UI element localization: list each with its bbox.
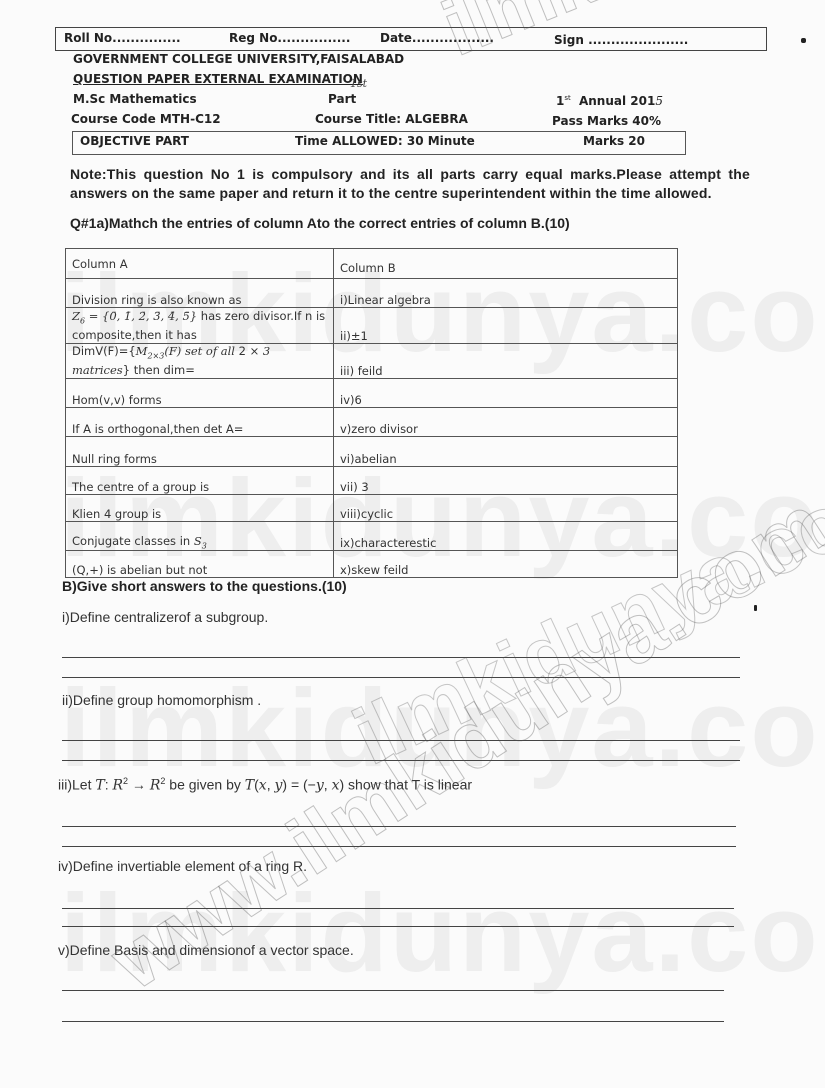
- column-b-cell: x)skew feild: [334, 551, 678, 578]
- table-header-row: Column A Column B: [66, 249, 678, 279]
- date-field: Date..................: [380, 31, 494, 45]
- column-a-cell: Klien 4 group is: [66, 495, 334, 522]
- short-question-3: iii)Let T: R2 → R2 be given by T(x, y) =…: [58, 776, 472, 794]
- column-b-cell: ii)±1: [334, 308, 678, 344]
- table-row: DimV(F)={M2×3(F) set of all 2 × 3 matric…: [66, 344, 678, 379]
- column-b-cell: i)Linear algebra: [334, 279, 678, 308]
- objective-label: OBJECTIVE PART: [80, 134, 189, 148]
- watermark-faint-3: ilmkidunya.com: [60, 665, 825, 792]
- sign-field: Sign ......................: [554, 33, 688, 47]
- answer-line[interactable]: [62, 926, 734, 927]
- part-handwritten: 1st: [350, 77, 367, 90]
- table-row: Conjugate classes in S3 ix)characteresti…: [66, 522, 678, 551]
- scan-speck: [754, 605, 757, 611]
- column-b-cell: ix)characterestic: [334, 522, 678, 551]
- roll-no-field: Roll No...............: [64, 31, 181, 45]
- column-a-cell: Conjugate classes in S3: [66, 522, 334, 551]
- z6-symbol: Z6 = {0̄, 1̄, 2̄, 3̄, 4̄, 5̄}: [72, 309, 197, 323]
- answer-line[interactable]: [62, 990, 724, 991]
- column-a-cell: (Q,+) is abelian but not: [66, 551, 334, 578]
- course-title: Course Title: ALGEBRA: [315, 112, 468, 126]
- annual-exam: 1st Annual 2015: [556, 94, 663, 108]
- column-b-cell: vii) 3: [334, 467, 678, 495]
- table-row: Division ring is also known as i)Linear …: [66, 279, 678, 308]
- table-row: The centre of a group is vii) 3: [66, 467, 678, 495]
- short-question-5: v)Define Basis and dimensionof a vector …: [58, 942, 354, 958]
- question-1b-heading: B)Give short answers to the questions.(1…: [62, 578, 347, 594]
- program-name: M.Sc Mathematics: [73, 92, 197, 106]
- paper-type: QUESTION PAPER EXTERNAL EXAMINATION: [73, 72, 363, 86]
- table-row: If A is orthogonal,then det A= v)zero di…: [66, 408, 678, 437]
- column-b-cell: iv)6: [334, 379, 678, 408]
- course-code: Course Code MTH-C12: [71, 112, 221, 126]
- table-row: Klien 4 group is viii)cyclic: [66, 495, 678, 522]
- watermark-faint-4: ilmkidunya.com: [60, 870, 825, 997]
- column-b-cell: viii)cyclic: [334, 495, 678, 522]
- short-question-2: ii)Define group homomorphism .: [62, 692, 261, 708]
- table-row: Null ring forms vi)abelian: [66, 437, 678, 467]
- table-row: Hom(v,v) forms iv)6: [66, 379, 678, 408]
- column-a-cell: Z6 = {0̄, 1̄, 2̄, 3̄, 4̄, 5̄} has zero d…: [66, 308, 334, 344]
- column-a-cell: Division ring is also known as: [66, 279, 334, 308]
- column-b-cell: v)zero divisor: [334, 408, 678, 437]
- part-label: Part: [328, 92, 356, 106]
- column-a-header: Column A: [66, 249, 334, 279]
- table-row: Z6 = {0̄, 1̄, 2̄, 3̄, 4̄, 5̄} has zero d…: [66, 308, 678, 344]
- answer-line[interactable]: [62, 908, 734, 909]
- column-a-cell: DimV(F)={M2×3(F) set of all 2 × 3 matric…: [66, 344, 334, 379]
- answer-line[interactable]: [62, 760, 740, 761]
- short-question-4: iv)Define invertiable element of a ring …: [58, 858, 307, 874]
- column-a-cell: The centre of a group is: [66, 467, 334, 495]
- annual-sup: st: [564, 94, 570, 102]
- pass-marks: Pass Marks 40%: [552, 114, 661, 128]
- answer-line[interactable]: [62, 1021, 724, 1022]
- time-allowed: Time ALLOWED: 30 Minute: [295, 134, 475, 148]
- reg-no-field: Reg No................: [229, 31, 350, 45]
- short-question-1: i)Define centralizerof a subgroup.: [62, 609, 268, 625]
- column-b-cell: vi)abelian: [334, 437, 678, 467]
- column-b-header: Column B: [334, 249, 678, 279]
- column-a-cell: If A is orthogonal,then det A=: [66, 408, 334, 437]
- matching-table: Column A Column B Division ring is also …: [65, 248, 678, 578]
- column-b-cell: iii) feild: [334, 344, 678, 379]
- question-1a-heading: Q#1a)Mathch the entries of column Ato th…: [70, 215, 570, 231]
- answer-line[interactable]: [62, 826, 736, 827]
- annual-year-handwritten: 5: [655, 94, 663, 108]
- answer-line[interactable]: [62, 740, 740, 741]
- university-name: GOVERNMENT COLLEGE UNIVERSITY,FAISALABAD: [73, 52, 404, 66]
- column-a-cell: Null ring forms: [66, 437, 334, 467]
- table-row: (Q,+) is abelian but not x)skew feild: [66, 551, 678, 578]
- annual-text: Annual 201: [579, 94, 655, 108]
- scan-speck: [801, 38, 806, 43]
- instructions-note: Note:This question No 1 is compulsory an…: [70, 165, 750, 203]
- answer-line[interactable]: [62, 657, 740, 658]
- total-marks: Marks 20: [583, 134, 645, 148]
- answer-line[interactable]: [62, 677, 740, 678]
- column-a-cell: Hom(v,v) forms: [66, 379, 334, 408]
- answer-line[interactable]: [62, 846, 736, 847]
